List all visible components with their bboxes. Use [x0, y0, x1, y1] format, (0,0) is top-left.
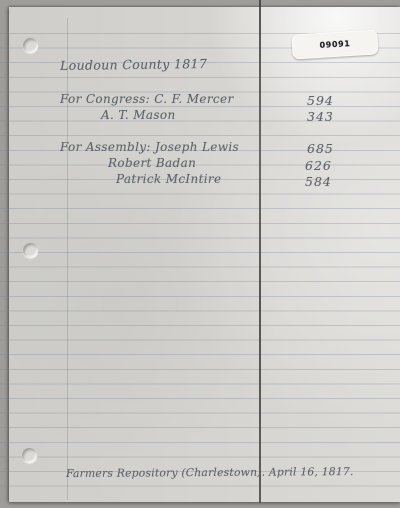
candidate-name-mason: A. T. Mason: [101, 108, 176, 122]
vertical-fold-line: [259, 0, 261, 503]
vote-count-mason: 343: [307, 109, 334, 124]
source-citation: Farmers Repository (Charlestown). April …: [66, 465, 354, 480]
candidate-name: C. F. Mercer: [154, 92, 233, 106]
punch-hole-bottom: [22, 448, 37, 463]
title-text: Loudoun County 1817: [60, 56, 207, 73]
catalog-sticker: 09091: [291, 29, 378, 59]
margin-line: [67, 18, 68, 500]
candidate-name-badan: Robert Badan: [108, 156, 196, 170]
assembly-race-line: For Assembly: Joseph Lewis: [60, 140, 239, 154]
punch-hole-top: [23, 38, 38, 53]
vote-count-mcintire: 584: [305, 174, 332, 189]
punch-hole-middle: [23, 243, 38, 258]
catalog-number: 09091: [319, 39, 350, 50]
congress-race-line: For Congress: C. F. Mercer: [60, 92, 234, 106]
candidate-name: Joseph Lewis: [155, 140, 239, 154]
scanned-notebook-page: 09091 Loudoun County 1817 For Congress: …: [0, 0, 400, 508]
candidate-name-mcintire: Patrick McIntire: [116, 172, 221, 186]
vote-count-lewis: 685: [307, 141, 334, 156]
office-label: For Congress:: [60, 92, 150, 106]
office-label: For Assembly:: [60, 140, 151, 154]
page-title: Loudoun County 1817: [60, 56, 207, 73]
vote-count-badan: 626: [305, 158, 332, 173]
vote-count-mercer: 594: [307, 93, 334, 108]
